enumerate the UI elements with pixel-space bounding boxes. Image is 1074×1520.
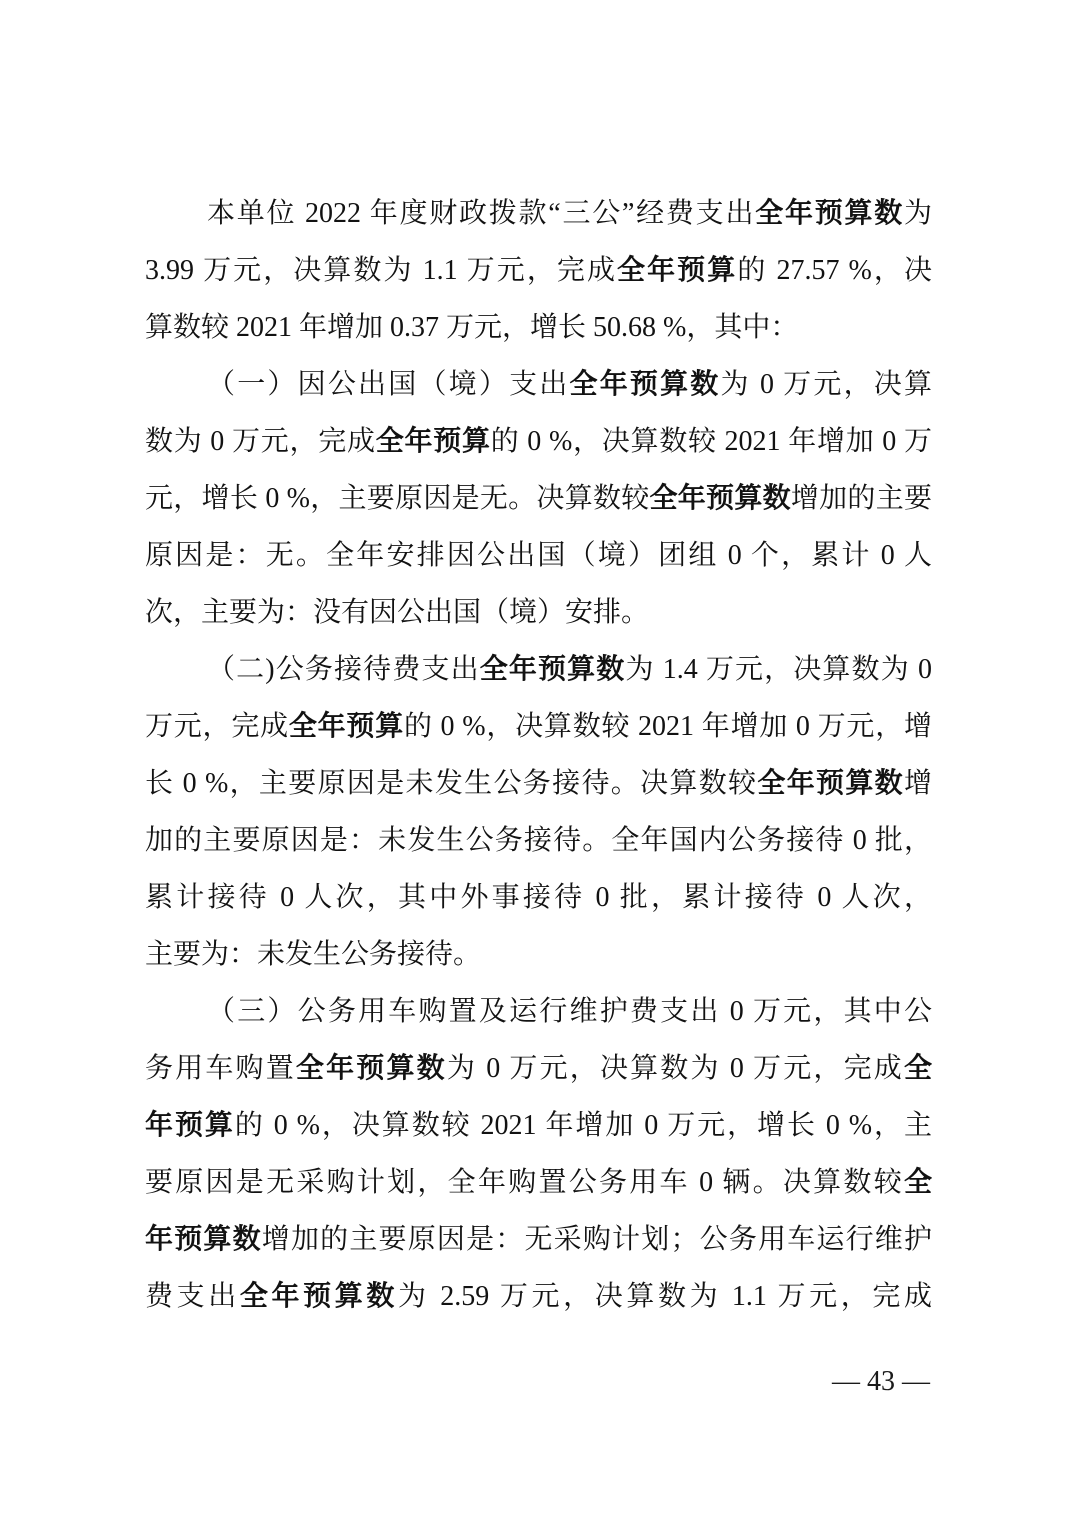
text-run: 增加的主要原因是：无采购计划；公务用车运行维护 [262,1224,932,1255]
text-run: 为 0 万元，决算数为 0 万元，完成 [447,1053,904,1084]
text-line: 务用车购置全年预算数为 0 万元，决算数为 0 万元，完成全 [145,1040,932,1097]
paragraph: （二)公务接待费支出全年预算数为 1.4 万元，决算数为 0万元，完成全年预算的… [145,641,932,983]
text-run: 算数较 2021 年增加 0.37 万元，增长 50.68 %，其中： [145,312,798,343]
bold-term: 全 [904,1053,932,1084]
text-line: 主要为：未发生公务接待。 [145,926,932,983]
bold-term: 全年预算数 [755,198,904,229]
text-line: 年预算的 0 %，决算数较 2021 年增加 0 万元，增长 0 %，主 [145,1097,932,1154]
body-text: 本单位 2022 年度财政拨款“三公”经费支出全年预算数为3.99 万元，决算数… [145,185,932,1325]
text-run: 要原因是无采购计划，全年购置公务用车 0 辆。决算数较 [145,1167,904,1198]
bold-term: 全年预算数 [757,768,904,799]
text-line: 原因是：无。全年安排因公出国（境）团组 0 个，累计 0 人 [145,527,932,584]
bold-term: 全年预算 [376,426,491,457]
text-run: 主要为：未发生公务接待。 [145,939,481,970]
bold-term: 全年预算数 [480,654,626,685]
text-run: 为 1.4 万元，决算数为 0 [625,654,932,685]
text-run: 原因是：无。全年安排因公出国（境）团组 0 个，累计 0 人 [145,540,932,571]
bold-term: 全年预算 [617,255,737,286]
text-run: 增加的主要 [791,483,932,514]
paragraph: 本单位 2022 年度财政拨款“三公”经费支出全年预算数为3.99 万元，决算数… [145,185,932,356]
text-line: 费支出全年预算数为 2.59 万元，决算数为 1.1 万元，完成 [145,1268,932,1325]
text-run: 费支出 [145,1281,240,1312]
text-run: 本单位 2022 年度财政拨款“三公”经费支出 [207,198,755,229]
text-run: 的 27.57 %，决 [737,255,932,286]
text-run: 长 0 %，主要原因是未发生公务接待。决算数较 [145,768,757,799]
text-line: 要原因是无采购计划，全年购置公务用车 0 辆。决算数较全 [145,1154,932,1211]
text-run: 为 0 万元，决算 [721,369,932,400]
text-run: （二)公务接待费支出 [207,654,480,685]
text-line: （三）公务用车购置及运行维护费支出 0 万元，其中公 [145,983,932,1040]
text-line: 累计接待 0 人次，其中外事接待 0 批，累计接待 0 人次， [145,869,932,926]
text-run: 的 0 %，决算数较 2021 年增加 0 万元，增长 0 %，主 [235,1110,932,1141]
text-line: 3.99 万元，决算数为 1.1 万元，完成全年预算的 27.57 %，决 [145,242,932,299]
text-run: （三）公务用车购置及运行维护费支出 0 万元，其中公 [207,996,932,1027]
bold-term: 全年预算数 [240,1281,398,1312]
text-line: 算数较 2021 年增加 0.37 万元，增长 50.68 %，其中： [145,299,932,356]
bold-term: 全年预算数 [569,369,720,400]
bold-term: 年预算 [145,1110,235,1141]
text-run: 累计接待 0 人次，其中外事接待 0 批，累计接待 0 人次， [145,882,932,913]
text-line: （二)公务接待费支出全年预算数为 1.4 万元，决算数为 0 [145,641,932,698]
text-run: 为 2.59 万元，决算数为 1.1 万元，完成 [398,1281,932,1312]
text-run: 次，主要为：没有因公出国（境）安排。 [145,597,649,628]
text-run: 万元，完成 [145,711,289,742]
bold-term: 全年预算数 [650,483,791,514]
text-line: 本单位 2022 年度财政拨款“三公”经费支出全年预算数为 [145,185,932,242]
text-run: 的 0 %，决算数较 2021 年增加 0 万元，增 [404,711,932,742]
text-line: 万元，完成全年预算的 0 %，决算数较 2021 年增加 0 万元，增 [145,698,932,755]
document-page: 本单位 2022 年度财政拨款“三公”经费支出全年预算数为3.99 万元，决算数… [0,0,1074,1520]
bold-term: 年预算数 [145,1224,262,1255]
bold-term: 全 [904,1167,932,1198]
text-run: 元，增长 0 %，主要原因是无。决算数较 [145,483,650,514]
paragraph: （三）公务用车购置及运行维护费支出 0 万元，其中公务用车购置全年预算数为 0 … [145,983,932,1325]
text-line: 数为 0 万元，完成全年预算的 0 %，决算数较 2021 年增加 0 万 [145,413,932,470]
text-run: 加的主要原因是：未发生公务接待。全年国内公务接待 0 批， [145,825,932,856]
text-run: 的 0 %，决算数较 2021 年增加 0 万 [491,426,932,457]
bold-term: 全年预算数 [296,1053,447,1084]
text-line: 长 0 %，主要原因是未发生公务接待。决算数较全年预算数增 [145,755,932,812]
text-run: 数为 0 万元，完成 [145,426,376,457]
text-line: 次，主要为：没有因公出国（境）安排。 [145,584,932,641]
text-run: （一）因公出国（境）支出 [207,369,569,400]
text-line: 元，增长 0 %，主要原因是无。决算数较全年预算数增加的主要 [145,470,932,527]
text-run: 为 [904,198,932,229]
text-line: 加的主要原因是：未发生公务接待。全年国内公务接待 0 批， [145,812,932,869]
text-run: 3.99 万元，决算数为 1.1 万元，完成 [145,255,617,286]
text-line: （一）因公出国（境）支出全年预算数为 0 万元，决算 [145,356,932,413]
text-run: 增 [904,768,932,799]
text-line: 年预算数增加的主要原因是：无采购计划；公务用车运行维护 [145,1211,932,1268]
bold-term: 全年预算 [289,711,404,742]
paragraph: （一）因公出国（境）支出全年预算数为 0 万元，决算数为 0 万元，完成全年预算… [145,356,932,641]
page-number: — 43 — [832,1362,930,1402]
text-run: 务用车购置 [145,1053,296,1084]
